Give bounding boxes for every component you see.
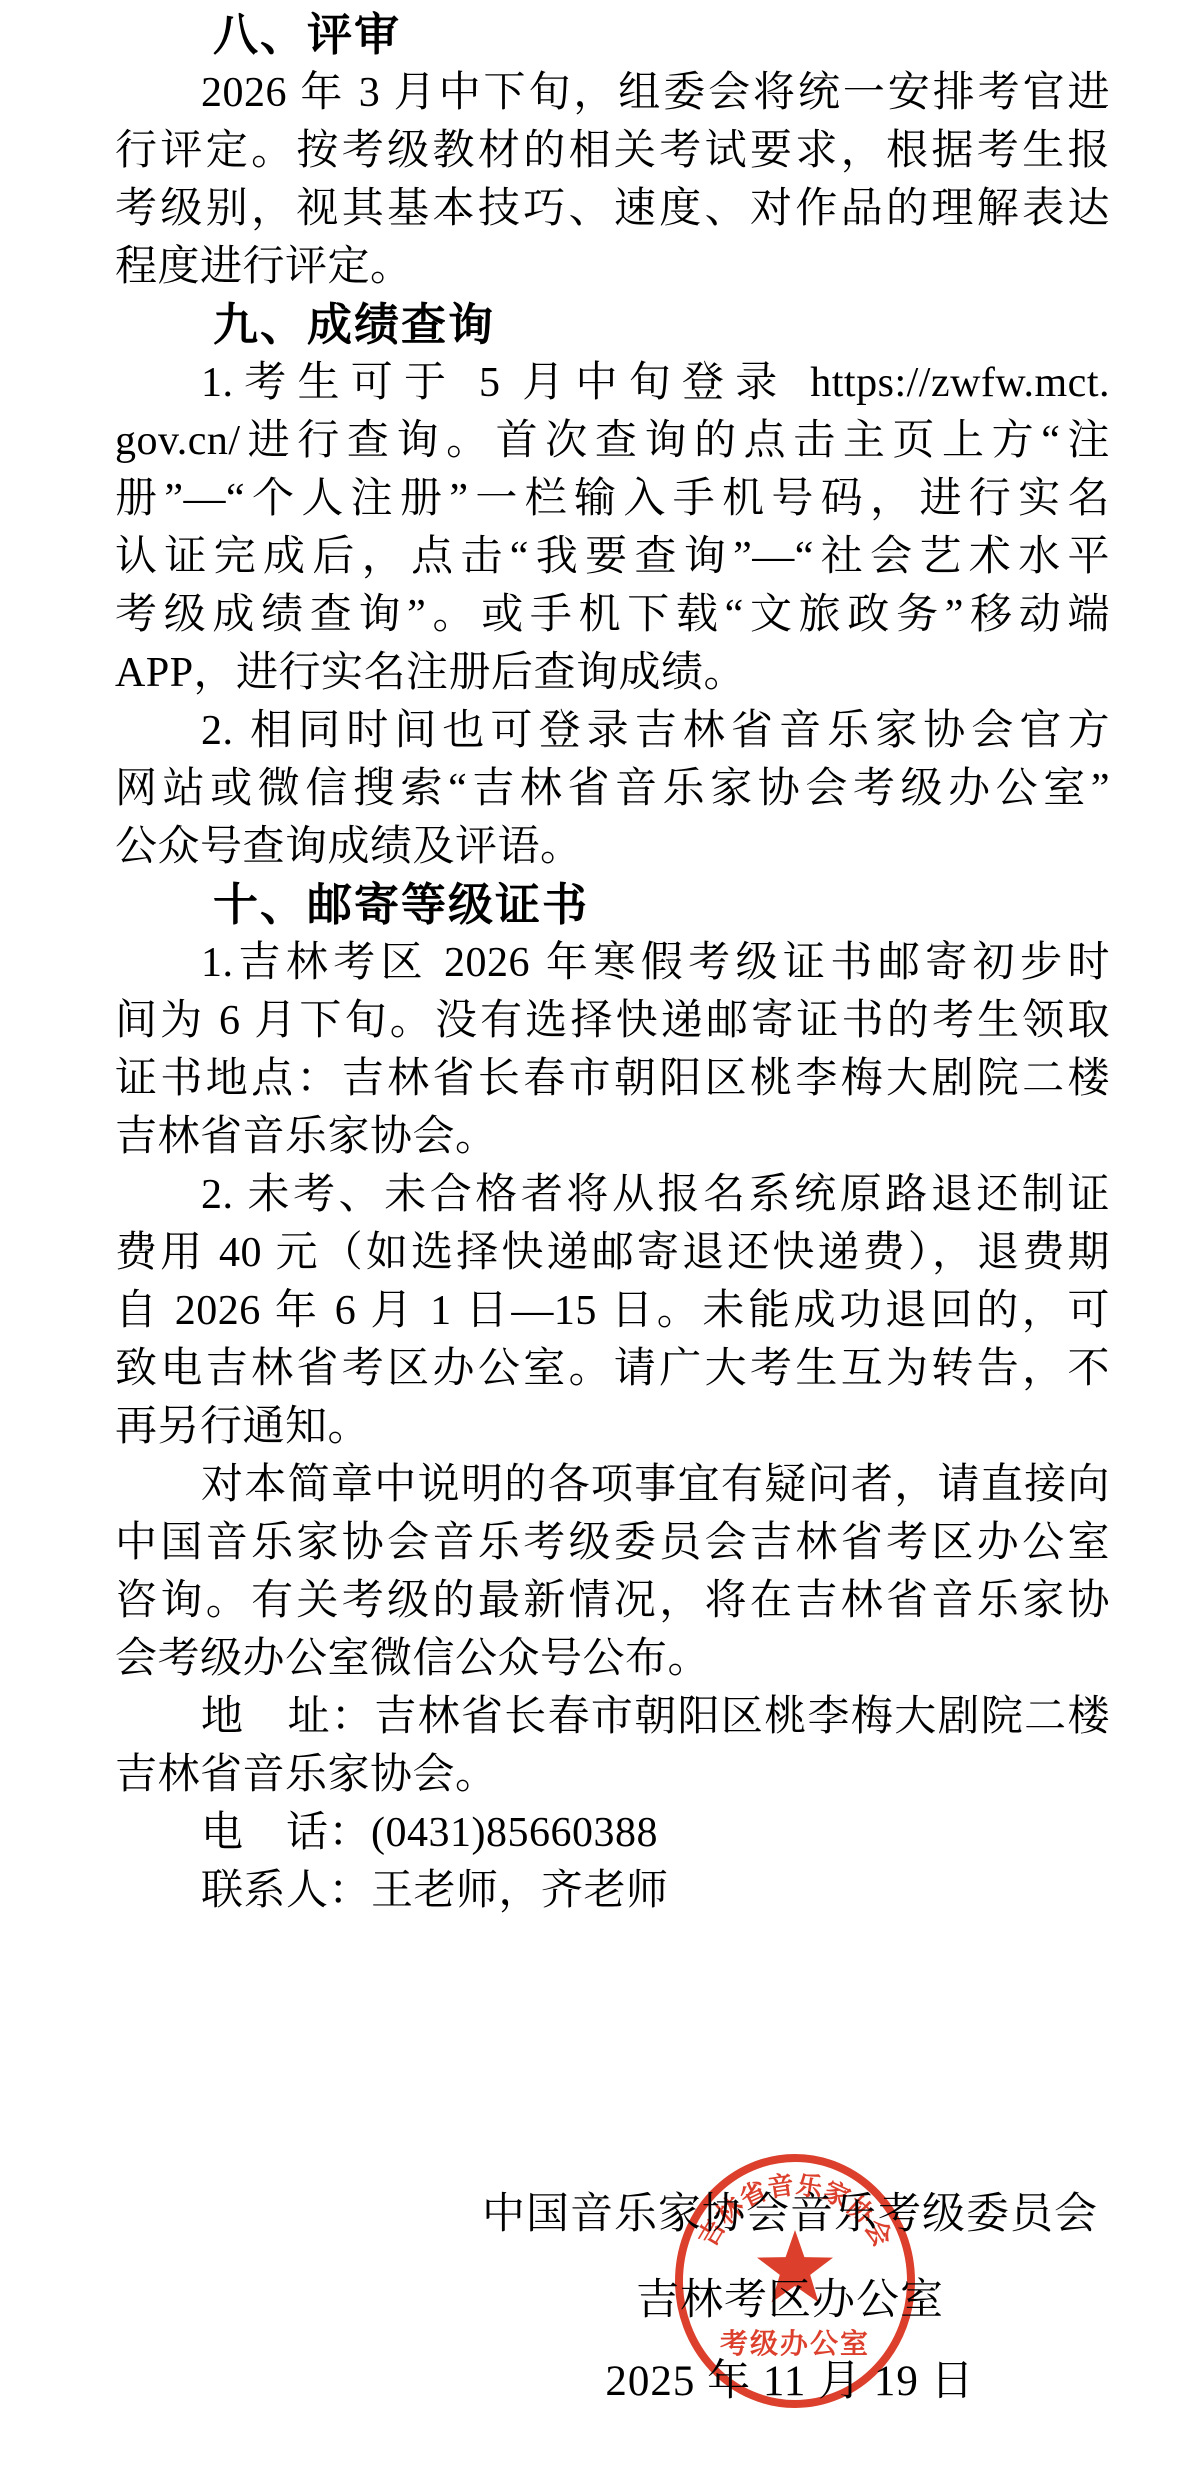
- document-body: 八、评审2026 年 3 月中下旬，组委会将统一安排考官进行评定。按考级教材的相…: [115, 6, 1110, 1920]
- seal-banner-text: 考级办公室: [720, 2328, 870, 2359]
- text-line: 间为 6 月下旬。没有选择快递邮寄证书的考生领取: [115, 992, 1110, 1050]
- section-heading: 八、评审: [115, 6, 1110, 64]
- text-line: 2. 未考、未合格者将从报名系统原路退还制证: [115, 1166, 1110, 1224]
- text-line: 考级成绩查询”。或手机下载“文旅政务”移动端: [115, 586, 1110, 644]
- text-line: 费用 40 元（如选择快递邮寄退还快递费），退费期: [115, 1224, 1110, 1282]
- text-line: 电 话：(0431)85660388: [115, 1804, 1110, 1862]
- text-line: 程度进行评定。: [115, 238, 1110, 296]
- seal-star-icon: [757, 2230, 833, 2302]
- text-line: 自 2026 年 6 月 1 日—15 日。未能成功退回的，可: [115, 1282, 1110, 1340]
- text-line: 册”—“个人注册”一栏输入手机号码，进行实名: [115, 470, 1110, 528]
- official-seal: 吉林省音乐家协会 考级办公室: [672, 2150, 918, 2412]
- text-line: 2026 年 3 月中下旬，组委会将统一安排考官进: [115, 64, 1110, 122]
- text-line: gov.cn/进行查询。首次查询的点击主页上方“注: [115, 412, 1110, 470]
- text-line: 2. 相同时间也可登录吉林省音乐家协会官方: [115, 702, 1110, 760]
- section-heading: 十、邮寄等级证书: [115, 876, 1110, 934]
- text-line: 再另行通知。: [115, 1398, 1110, 1456]
- text-line: 联系人：王老师，齐老师: [115, 1862, 1110, 1920]
- text-line: 地 址：吉林省长春市朝阳区桃李梅大剧院二楼: [115, 1688, 1110, 1746]
- text-line: APP，进行实名注册后查询成绩。: [115, 644, 1110, 702]
- text-line: 公众号查询成绩及评语。: [115, 818, 1110, 876]
- text-line: 对本简章中说明的各项事宜有疑问者，请直接向: [115, 1456, 1110, 1514]
- text-line: 认证完成后，点击“我要查询”—“社会艺术水平: [115, 528, 1110, 586]
- text-line: 会考级办公室微信公众号公布。: [115, 1630, 1110, 1688]
- text-line: 吉林省音乐家协会。: [115, 1108, 1110, 1166]
- text-line: 网站或微信搜索“吉林省音乐家协会考级办公室”: [115, 760, 1110, 818]
- text-line: 证书地点：吉林省长春市朝阳区桃李梅大剧院二楼: [115, 1050, 1110, 1108]
- text-line: 行评定。按考级教材的相关考试要求，根据考生报: [115, 122, 1110, 180]
- text-line: 1.考生可于 5 月中旬登录 https://zwfw.mct.: [115, 354, 1110, 412]
- text-line: 1.吉林考区 2026 年寒假考级证书邮寄初步时: [115, 934, 1110, 992]
- text-line: 考级别，视其基本技巧、速度、对作品的理解表达: [115, 180, 1110, 238]
- text-line: 致电吉林省考区办公室。请广大考生互为转告，不: [115, 1340, 1110, 1398]
- text-line: 吉林省音乐家协会。: [115, 1746, 1110, 1804]
- text-line: 咨询。有关考级的最新情况，将在吉林省音乐家协: [115, 1572, 1110, 1630]
- text-line: 中国音乐家协会音乐考级委员会吉林省考区办公室: [115, 1514, 1110, 1572]
- section-heading: 九、成绩查询: [115, 296, 1110, 354]
